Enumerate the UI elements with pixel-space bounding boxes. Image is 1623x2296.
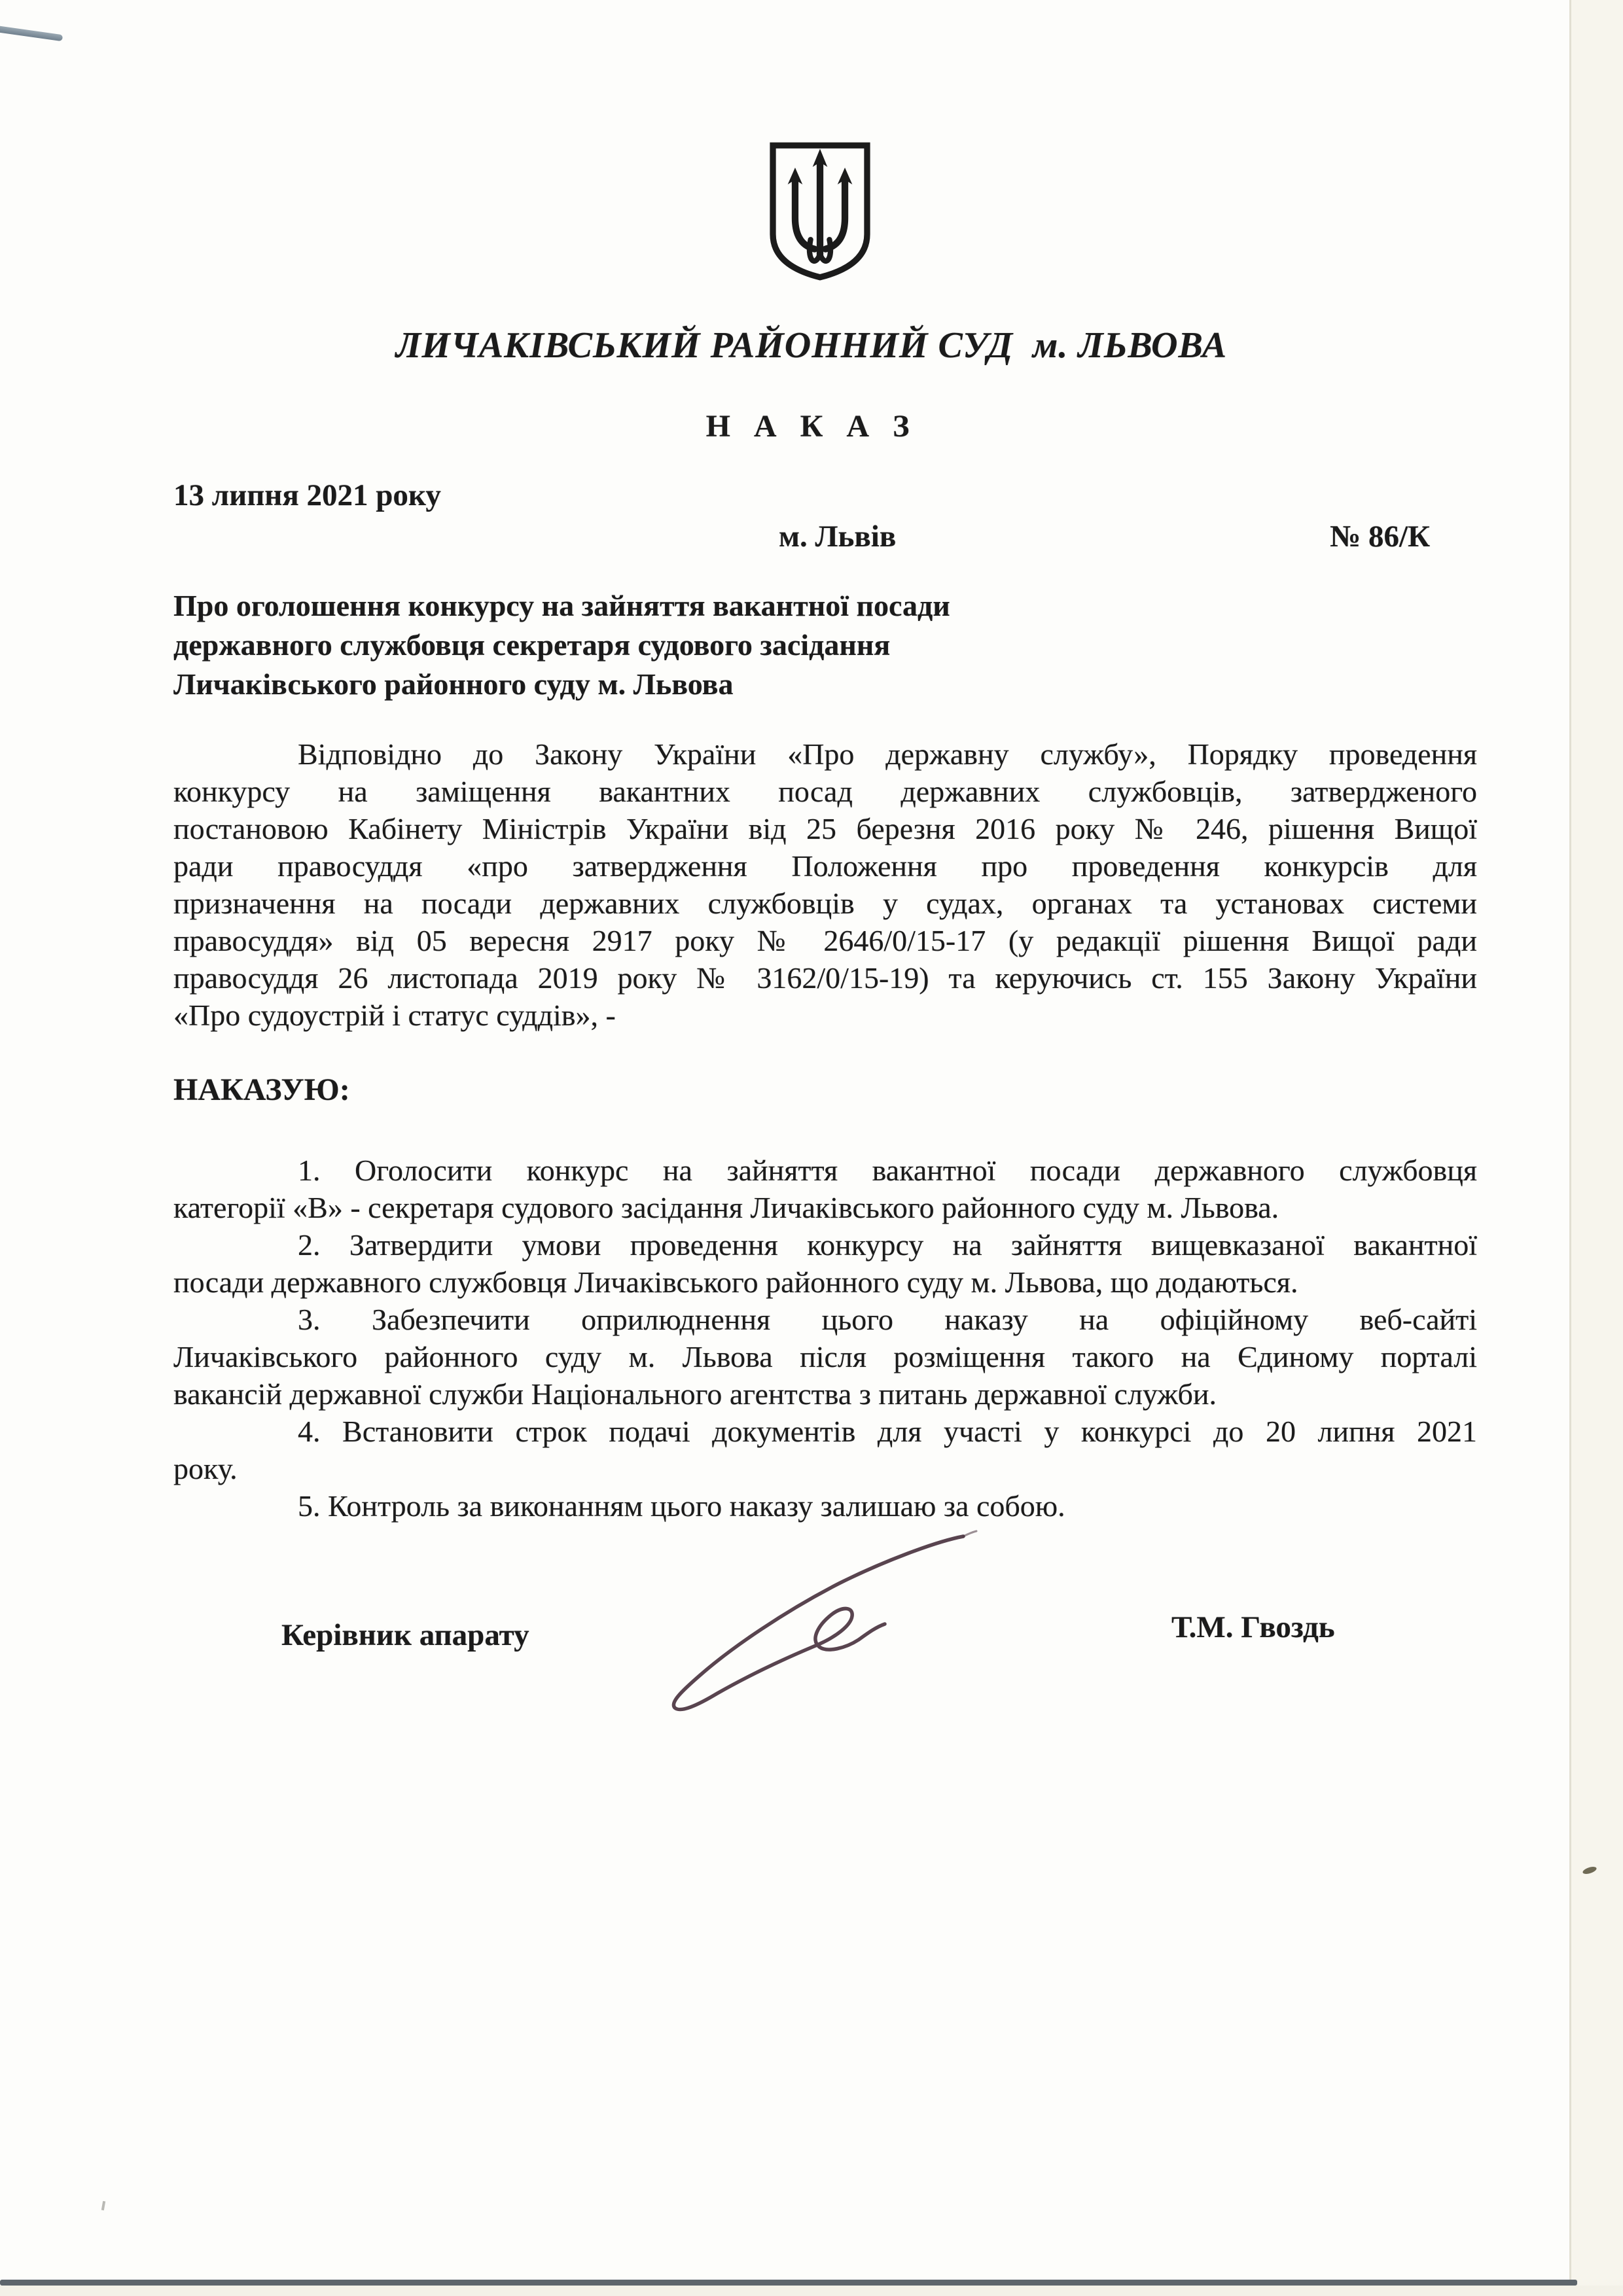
order-item-line: 1. Оголосити конкурс на зайняття вакантн… [173, 1152, 1477, 1189]
handwritten-signature [654, 1518, 1073, 1734]
order-items: 1. Оголосити конкурс на зайняття вакантн… [173, 1152, 1477, 1525]
order-number: № 86/К [1330, 519, 1430, 554]
preamble-line: Відповідно до Закону України «Про держав… [173, 735, 1477, 773]
scan-speck-artifact [101, 2201, 105, 2210]
subject-line: державного службовця секретаря судового … [173, 626, 1221, 665]
subject-line: Про оголошення конкурсу на зайняття вака… [173, 586, 1221, 626]
ukraine-trident-emblem-icon [766, 140, 874, 283]
preamble-line: ради правосуддя «про затвердження Положе… [173, 847, 1477, 885]
order-date: 13 липня 2021 року [173, 478, 441, 513]
order-item: 4. Встановити строк подачі документів дл… [173, 1413, 1477, 1487]
resolution-heading: НАКАЗУЮ: [173, 1072, 350, 1108]
order-item: 3. Забезпечити оприлюднення цього наказу… [173, 1301, 1477, 1413]
preamble-line: «Про судоустрій і статус суддів», - [173, 997, 1477, 1034]
order-item-line: категорії «В» - секретаря судового засід… [173, 1189, 1477, 1226]
order-preamble: Відповідно до Закону України «Про держав… [173, 735, 1477, 1034]
preamble-line: правосуддя 26 листопада 2019 року № 3162… [173, 959, 1477, 997]
preamble-line: правосуддя» від 05 вересня 2917 року № 2… [173, 922, 1477, 959]
preamble-line: конкурсу на заміщення вакантних посад де… [173, 773, 1477, 810]
page-edge-bottom [0, 2280, 1577, 2286]
subject-line: Личаківського районного суду м. Львова [173, 665, 1221, 704]
signatory-position: Керівник апарату [281, 1617, 529, 1653]
scan-margin-right [1571, 0, 1623, 2296]
order-item: 1. Оголосити конкурс на зайняття вакантн… [173, 1152, 1477, 1226]
preamble-line: постановою Кабінету Міністрів України ві… [173, 810, 1477, 847]
scanned-order-document: ЛИЧАКІВСЬКИЙ РАЙОННИЙ СУД м. ЛЬВОВА Н А … [0, 0, 1623, 2296]
order-item: 2. Затвердити умови проведення конкурсу … [173, 1226, 1477, 1301]
order-place: м. Львів [779, 519, 896, 554]
order-item-line: Личаківського районного суду м. Львова п… [173, 1338, 1477, 1375]
order-item-line: 3. Забезпечити оприлюднення цього наказу… [173, 1301, 1477, 1338]
court-name: ЛИЧАКІВСЬКИЙ РАЙОННИЙ СУД м. ЛЬВОВА [0, 325, 1623, 366]
scan-pen-mark-artifact [0, 26, 63, 41]
order-item-line: 4. Встановити строк подачі документів дл… [173, 1413, 1477, 1450]
order-item-line: року. [173, 1450, 1477, 1487]
order-item-line: посади державного службовця Личаківськог… [173, 1263, 1477, 1301]
order-item-line: 2. Затвердити умови проведення конкурсу … [173, 1226, 1477, 1263]
preamble-line: призначення на посади державних службовц… [173, 885, 1477, 922]
order-item-line: вакансій державної служби Національного … [173, 1375, 1477, 1413]
order-subject: Про оголошення конкурсу на зайняття вака… [173, 586, 1221, 704]
scan-margin-bottom [0, 2286, 1623, 2296]
signatory-name: Т.М. Гвоздь [1171, 1610, 1335, 1645]
document-type-heading: Н А К А З [0, 408, 1623, 444]
